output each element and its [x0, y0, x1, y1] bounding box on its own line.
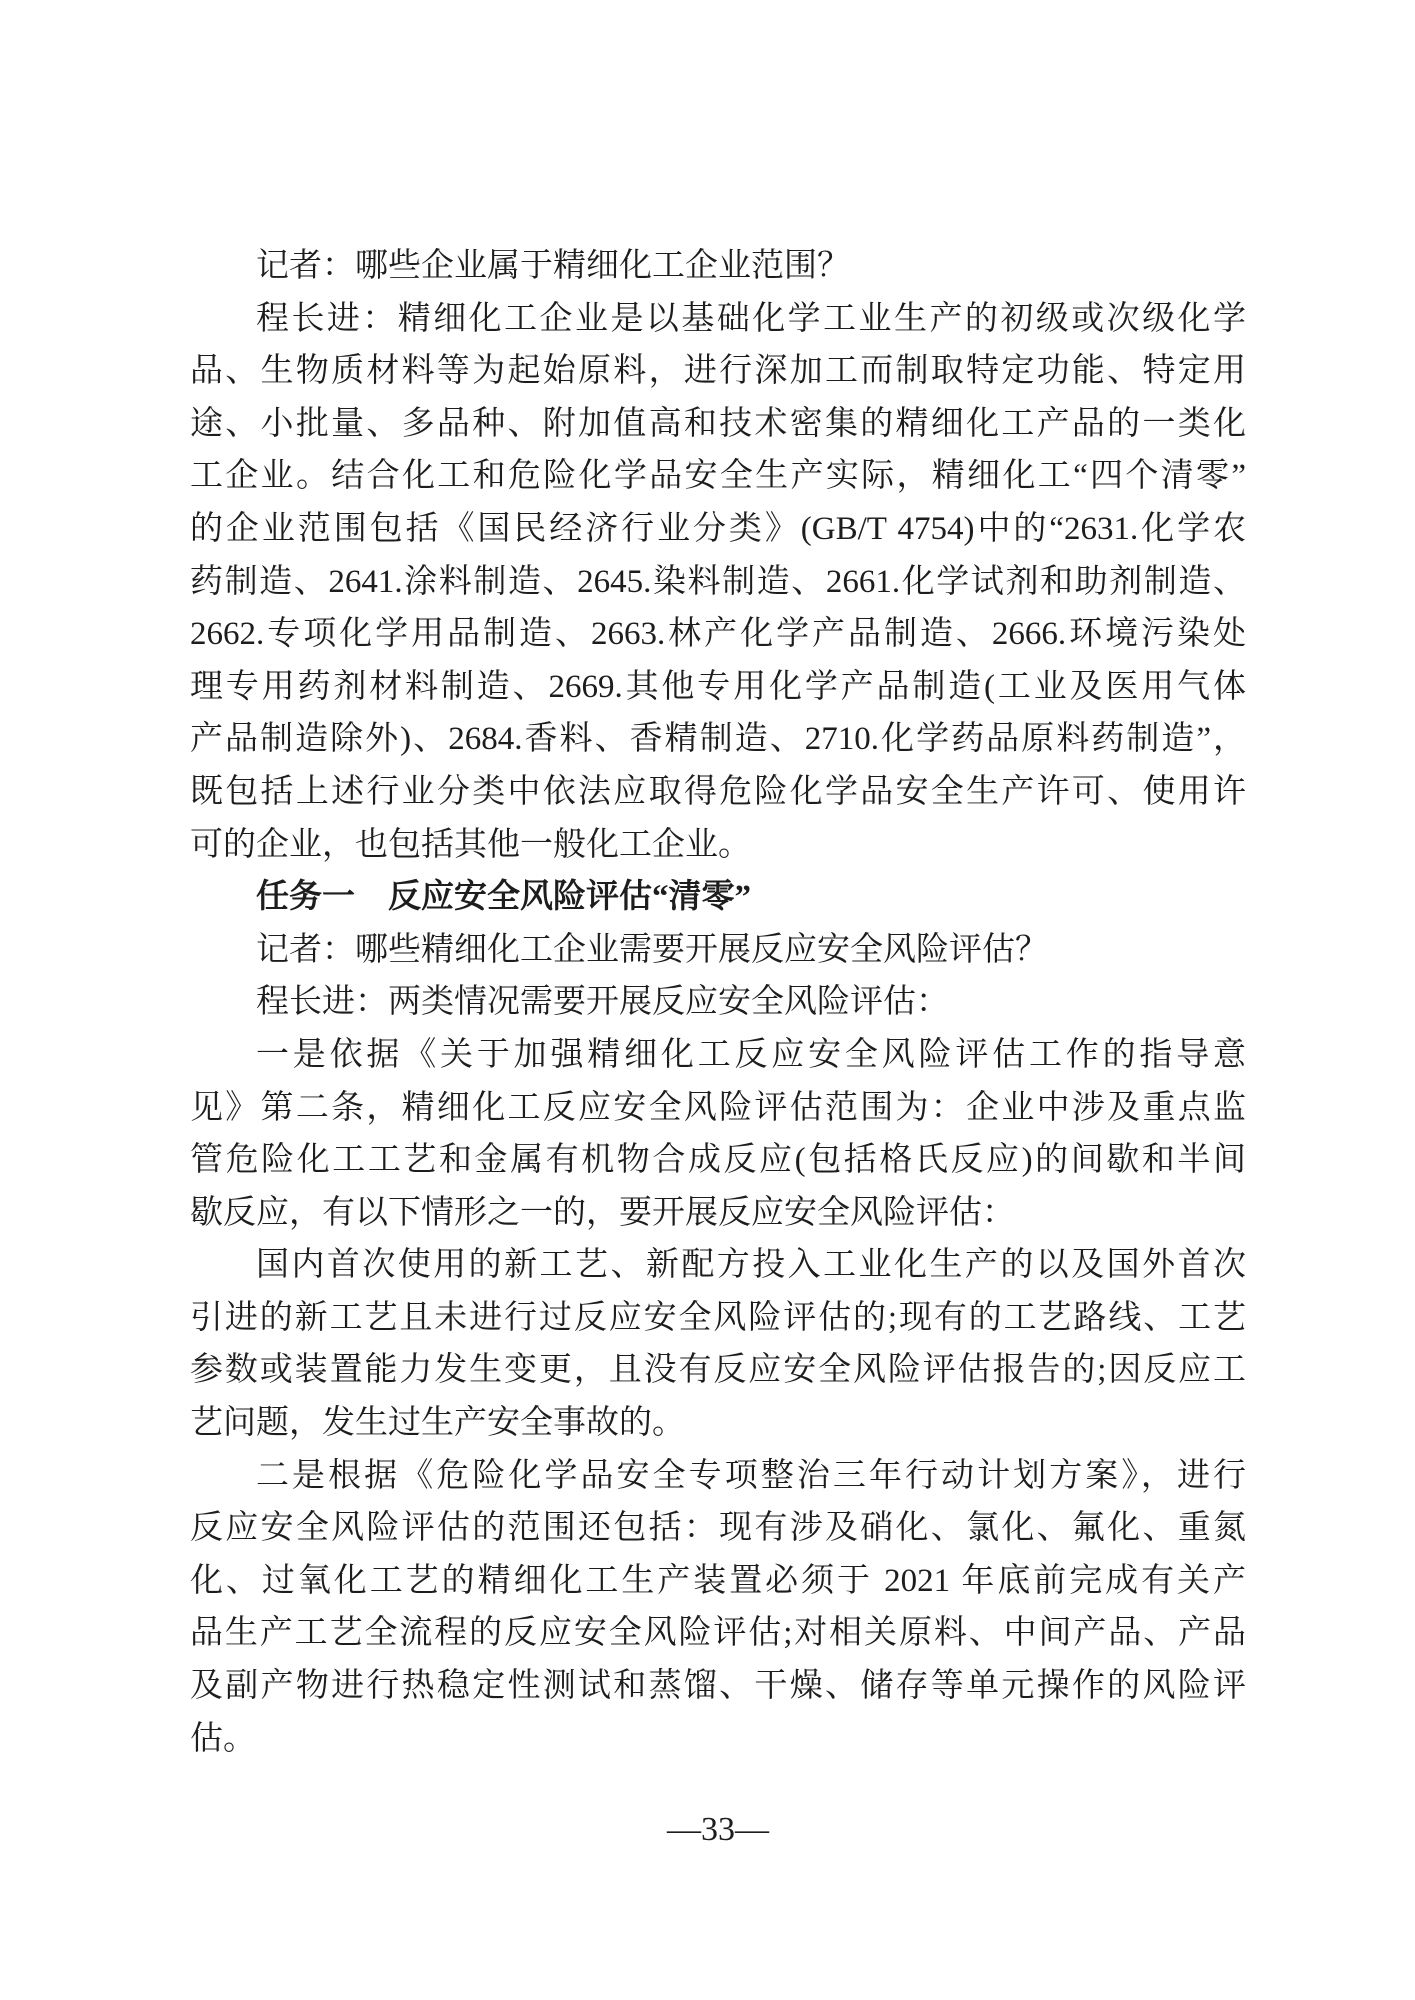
- document-body-text: 记者：哪些企业属于精细化工企业范围？程长进：精细化工企业是以基础化学工业生产的初…: [190, 240, 1246, 1765]
- text-line: 记者：哪些精细化工企业需要开展反应安全风险评估？: [190, 924, 1246, 977]
- text-line: 反应安全风险评估的范围还包括：现有涉及硝化、氯化、氟化、重氮: [190, 1502, 1246, 1555]
- scanned-document-page: 记者：哪些企业属于精细化工企业范围？程长进：精细化工企业是以基础化学工业生产的初…: [0, 0, 1415, 2000]
- section-heading: 任务一 反应安全风险评估“清零”: [190, 871, 1246, 924]
- text-line: 品生产工艺全流程的反应安全风险评估;对相关原料、中间产品、产品: [190, 1607, 1246, 1660]
- text-line: 途、小批量、多品种、附加值高和技术密集的精细化工产品的一类化: [190, 398, 1246, 451]
- text-line: 管危险化工工艺和金属有机物合成反应(包括格氏反应)的间歇和半间: [190, 1134, 1246, 1187]
- text-line: 国内首次使用的新工艺、新配方投入工业化生产的以及国外首次: [190, 1239, 1246, 1292]
- text-line: 二是根据《危险化学品安全专项整治三年行动计划方案》，进行: [190, 1450, 1246, 1503]
- text-line: 程长进：精细化工企业是以基础化学工业生产的初级或次级化学: [190, 293, 1246, 346]
- text-line: 工企业。结合化工和危险化学品安全生产实际，精细化工“四个清零”: [190, 450, 1246, 503]
- text-line: 见》第二条，精细化工反应安全风险评估范围为：企业中涉及重点监: [190, 1082, 1246, 1135]
- text-line: 引进的新工艺且未进行过反应安全风险评估的;现有的工艺路线、工艺: [190, 1292, 1246, 1345]
- text-line: 化、过氧化工艺的精细化工生产装置必须于 2021 年底前完成有关产: [190, 1555, 1246, 1608]
- text-line: 2662.专项化学用品制造、2663.林产化学产品制造、2666.环境污染处: [190, 608, 1246, 661]
- text-line: 参数或装置能力发生变更，且没有反应安全风险评估报告的;因反应工: [190, 1344, 1246, 1397]
- text-line: 既包括上述行业分类中依法应取得危险化学品安全生产许可、使用许: [190, 766, 1246, 819]
- text-line: 艺问题，发生过生产安全事故的。: [190, 1397, 1246, 1450]
- text-line: 歇反应，有以下情形之一的，要开展反应安全风险评估：: [190, 1187, 1246, 1240]
- text-line: 理专用药剂材料制造、2669.其他专用化学产品制造(工业及医用气体: [190, 661, 1246, 714]
- text-line: 的企业范围包括《国民经济行业分类》(GB/T 4754)中的“2631.化学农: [190, 503, 1246, 556]
- text-line: 药制造、2641.涂料制造、2645.染料制造、2661.化学试剂和助剂制造、: [190, 556, 1246, 609]
- text-line: 及副产物进行热稳定性测试和蒸馏、干燥、储存等单元操作的风险评: [190, 1660, 1246, 1713]
- text-line: 品、生物质材料等为起始原料，进行深加工而制取特定功能、特定用: [190, 345, 1246, 398]
- text-line: 估。: [190, 1713, 1246, 1766]
- text-line: 程长进：两类情况需要开展反应安全风险评估：: [190, 976, 1246, 1029]
- text-line: 产品制造除外)、2684.香料、香精制造、2710.化学药品原料药制造”，: [190, 713, 1246, 766]
- text-line: 一是依据《关于加强精细化工反应安全风险评估工作的指导意: [190, 1029, 1246, 1082]
- text-line: 可的企业，也包括其他一般化工企业。: [190, 819, 1246, 872]
- page-number: —33—: [190, 1812, 1246, 1848]
- text-line: 记者：哪些企业属于精细化工企业范围？: [190, 240, 1246, 293]
